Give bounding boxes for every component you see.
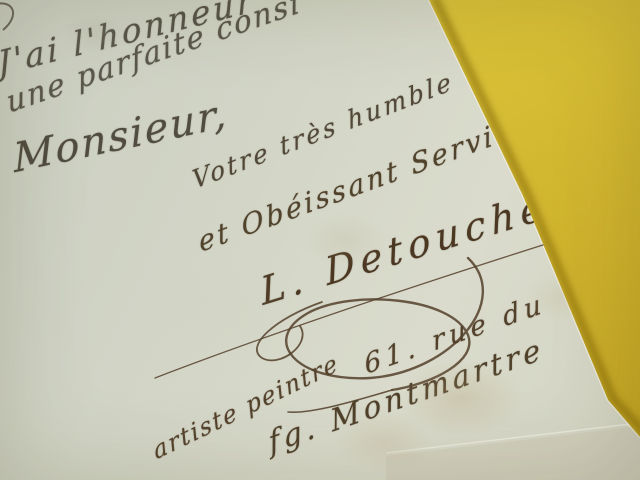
- photograph-of-letter: J'ai l'honneur une parfaite consi Monsie…: [0, 0, 640, 480]
- handwriting-line-profession: artiste peintre: [150, 348, 342, 465]
